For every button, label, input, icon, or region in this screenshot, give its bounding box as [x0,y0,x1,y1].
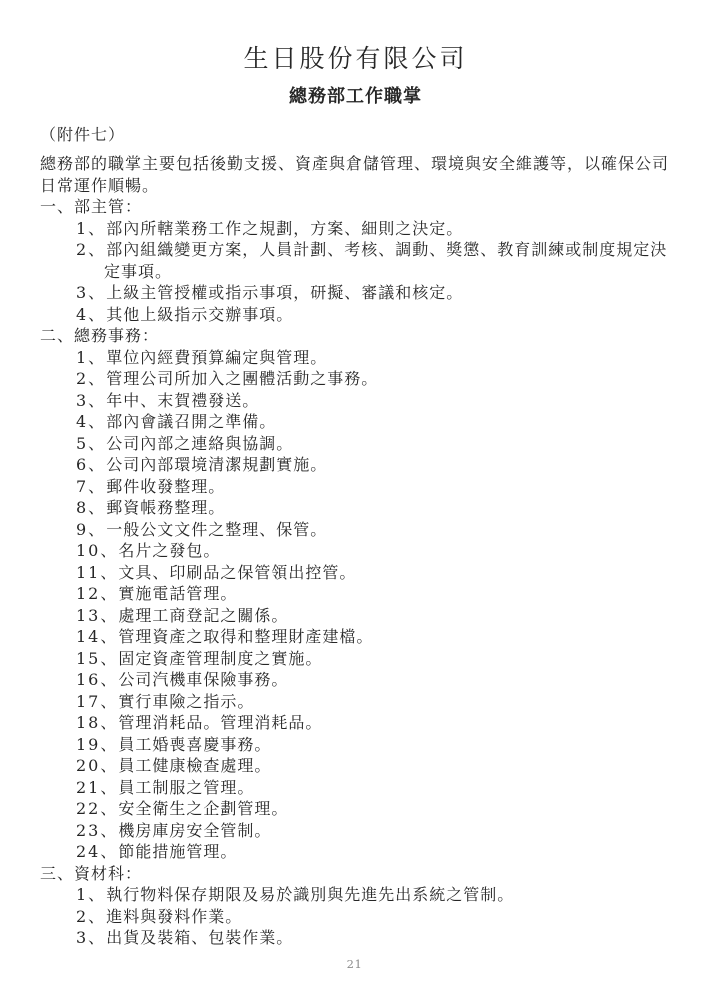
item-number: 22、 [76,799,118,818]
list-item: 12、實施電話管理。 [40,583,671,605]
item-number: 3、 [76,928,106,947]
list-item: 1、單位內經費預算編定與管理。 [40,347,671,369]
item-text: 處理工商登記之關係。 [118,606,288,625]
section-heading: 一、部主管： [40,196,671,218]
item-text: 出貨及裝箱、包裝作業。 [106,928,293,947]
item-text: 機房庫房安全管制。 [118,821,271,840]
list-item: 16、公司汽機車保險事務。 [40,669,671,691]
item-text: 文具、印刷品之保管領出控管。 [118,563,356,582]
intro-paragraph: 總務部的職掌主要包括後勤支援、資產與倉儲管理、環境與安全維護等，以確保公司日常運… [40,153,671,196]
item-number: 6、 [76,455,106,474]
item-number: 3、 [76,283,106,302]
list-item: 5、公司內部之連絡與協調。 [40,433,671,455]
company-title: 生日股份有限公司 [40,42,671,75]
item-number: 20、 [76,756,118,775]
section-department-head: 一、部主管： 1、部內所轄業務工作之規劃，方案、細則之決定。2、部內組織變更方案… [40,196,671,325]
item-text: 其他上級指示交辦事項。 [106,305,293,324]
item-number: 1、 [76,885,106,904]
section-materials: 三、資材科： 1、執行物料保存期限及易於識別與先進先出系統之管制。2、進料與發料… [40,863,671,949]
list-item: 4、其他上級指示交辦事項。 [40,304,671,326]
item-text: 固定資產管理制度之實施。 [118,649,322,668]
section-item-list: 1、部內所轄業務工作之規劃，方案、細則之決定。2、部內組織變更方案，人員計劃、考… [40,218,671,326]
item-number: 5、 [76,434,106,453]
item-number: 15、 [76,649,118,668]
item-number: 4、 [76,305,106,324]
item-number: 11、 [76,563,118,582]
item-text: 實行車險之指示。 [118,692,254,711]
item-number: 17、 [76,692,118,711]
item-number: 2、 [76,240,106,259]
item-text: 公司內部之連絡與協調。 [106,434,293,453]
section-heading: 二、總務事務： [40,325,671,347]
item-number: 14、 [76,627,118,646]
item-number: 21、 [76,778,118,797]
list-item: 2、管理公司所加入之團體活動之事務。 [40,368,671,390]
item-number: 16、 [76,670,118,689]
item-text: 管理資產之取得和整理財產建檔。 [118,627,373,646]
list-item: 17、實行車險之指示。 [40,691,671,713]
list-item: 10、名片之發包。 [40,540,671,562]
section-heading: 三、資材科： [40,863,671,885]
item-text: 年中、末賀禮發送。 [106,391,259,410]
section-general-affairs: 二、總務事務： 1、單位內經費預算編定與管理。2、管理公司所加入之團體活動之事務… [40,325,671,863]
item-number: 18、 [76,713,118,732]
item-text: 員工健康檢查處理。 [118,756,271,775]
page-number: 21 [0,957,709,971]
document-body: 總務部的職掌主要包括後勤支援、資產與倉儲管理、環境與安全維護等，以確保公司日常運… [40,153,671,949]
item-text: 公司內部環境清潔規劃實施。 [106,455,327,474]
item-text: 管理消耗品。管理消耗品。 [118,713,322,732]
list-item: 24、節能措施管理。 [40,841,671,863]
item-number: 19、 [76,735,118,754]
item-text: 部內組織變更方案，人員計劃、考核、調動、獎懲、教育訓練或制度規定決定事項。 [104,240,667,281]
item-number: 13、 [76,606,118,625]
list-item: 18、管理消耗品。管理消耗品。 [40,712,671,734]
list-item: 15、固定資產管理制度之實施。 [40,648,671,670]
item-text: 部內所轄業務工作之規劃，方案、細則之決定。 [106,219,463,238]
item-text: 員工婚喪喜慶事務。 [118,735,271,754]
item-text: 名片之發包。 [118,541,220,560]
item-text: 上級主管授權或指示事項，研擬、審議和核定。 [106,283,463,302]
list-item: 2、部內組織變更方案，人員計劃、考核、調動、獎懲、教育訓練或制度規定決定事項。 [40,239,671,282]
item-number: 2、 [76,369,106,388]
list-item: 21、員工制服之管理。 [40,777,671,799]
item-number: 9、 [76,520,106,539]
list-item: 22、安全衛生之企劃管理。 [40,798,671,820]
item-text: 公司汽機車保險事務。 [118,670,288,689]
item-number: 24、 [76,842,118,861]
item-text: 郵件收發整理。 [106,477,225,496]
item-number: 3、 [76,391,106,410]
item-text: 節能措施管理。 [118,842,237,861]
list-item: 13、處理工商登記之關係。 [40,605,671,627]
item-number: 1、 [76,348,106,367]
item-number: 12、 [76,584,118,603]
item-text: 實施電話管理。 [118,584,237,603]
item-text: 郵資帳務整理。 [106,498,225,517]
item-number: 10、 [76,541,118,560]
item-number: 4、 [76,412,106,431]
list-item: 2、進料與發料作業。 [40,906,671,928]
item-text: 單位內經費預算編定與管理。 [106,348,327,367]
list-item: 1、執行物料保存期限及易於識別與先進先出系統之管制。 [40,884,671,906]
list-item: 3、年中、末賀禮發送。 [40,390,671,412]
item-text: 安全衛生之企劃管理。 [118,799,288,818]
item-number: 1、 [76,219,106,238]
list-item: 19、員工婚喪喜慶事務。 [40,734,671,756]
list-item: 11、文具、印刷品之保管領出控管。 [40,562,671,584]
item-number: 2、 [76,907,106,926]
document-page: 生日股份有限公司 總務部工作職掌 （附件七） 總務部的職掌主要包括後勤支援、資產… [0,0,709,1005]
list-item: 7、郵件收發整理。 [40,476,671,498]
item-number: 7、 [76,477,106,496]
item-number: 23、 [76,821,118,840]
item-number: 8、 [76,498,106,517]
item-text: 執行物料保存期限及易於識別與先進先出系統之管制。 [106,885,514,904]
list-item: 14、管理資產之取得和整理財產建檔。 [40,626,671,648]
list-item: 3、出貨及裝箱、包裝作業。 [40,927,671,949]
list-item: 1、部內所轄業務工作之規劃，方案、細則之決定。 [40,218,671,240]
list-item: 8、郵資帳務整理。 [40,497,671,519]
list-item: 6、公司內部環境清潔規劃實施。 [40,454,671,476]
list-item: 3、上級主管授權或指示事項，研擬、審議和核定。 [40,282,671,304]
section-item-list: 1、單位內經費預算編定與管理。2、管理公司所加入之團體活動之事務。3、年中、末賀… [40,347,671,863]
list-item: 20、員工健康檢查處理。 [40,755,671,777]
item-text: 管理公司所加入之團體活動之事務。 [106,369,378,388]
item-text: 員工制服之管理。 [118,778,254,797]
attachment-note: （附件七） [40,124,671,146]
item-text: 進料與發料作業。 [106,907,242,926]
item-text: 部內會議召開之準備。 [106,412,276,431]
list-item: 4、部內會議召開之準備。 [40,411,671,433]
item-text: 一般公文文件之整理、保管。 [106,520,327,539]
document-title: 總務部工作職掌 [40,85,671,109]
list-item: 9、一般公文文件之整理、保管。 [40,519,671,541]
section-item-list: 1、執行物料保存期限及易於識別與先進先出系統之管制。2、進料與發料作業。3、出貨… [40,884,671,949]
list-item: 23、機房庫房安全管制。 [40,820,671,842]
